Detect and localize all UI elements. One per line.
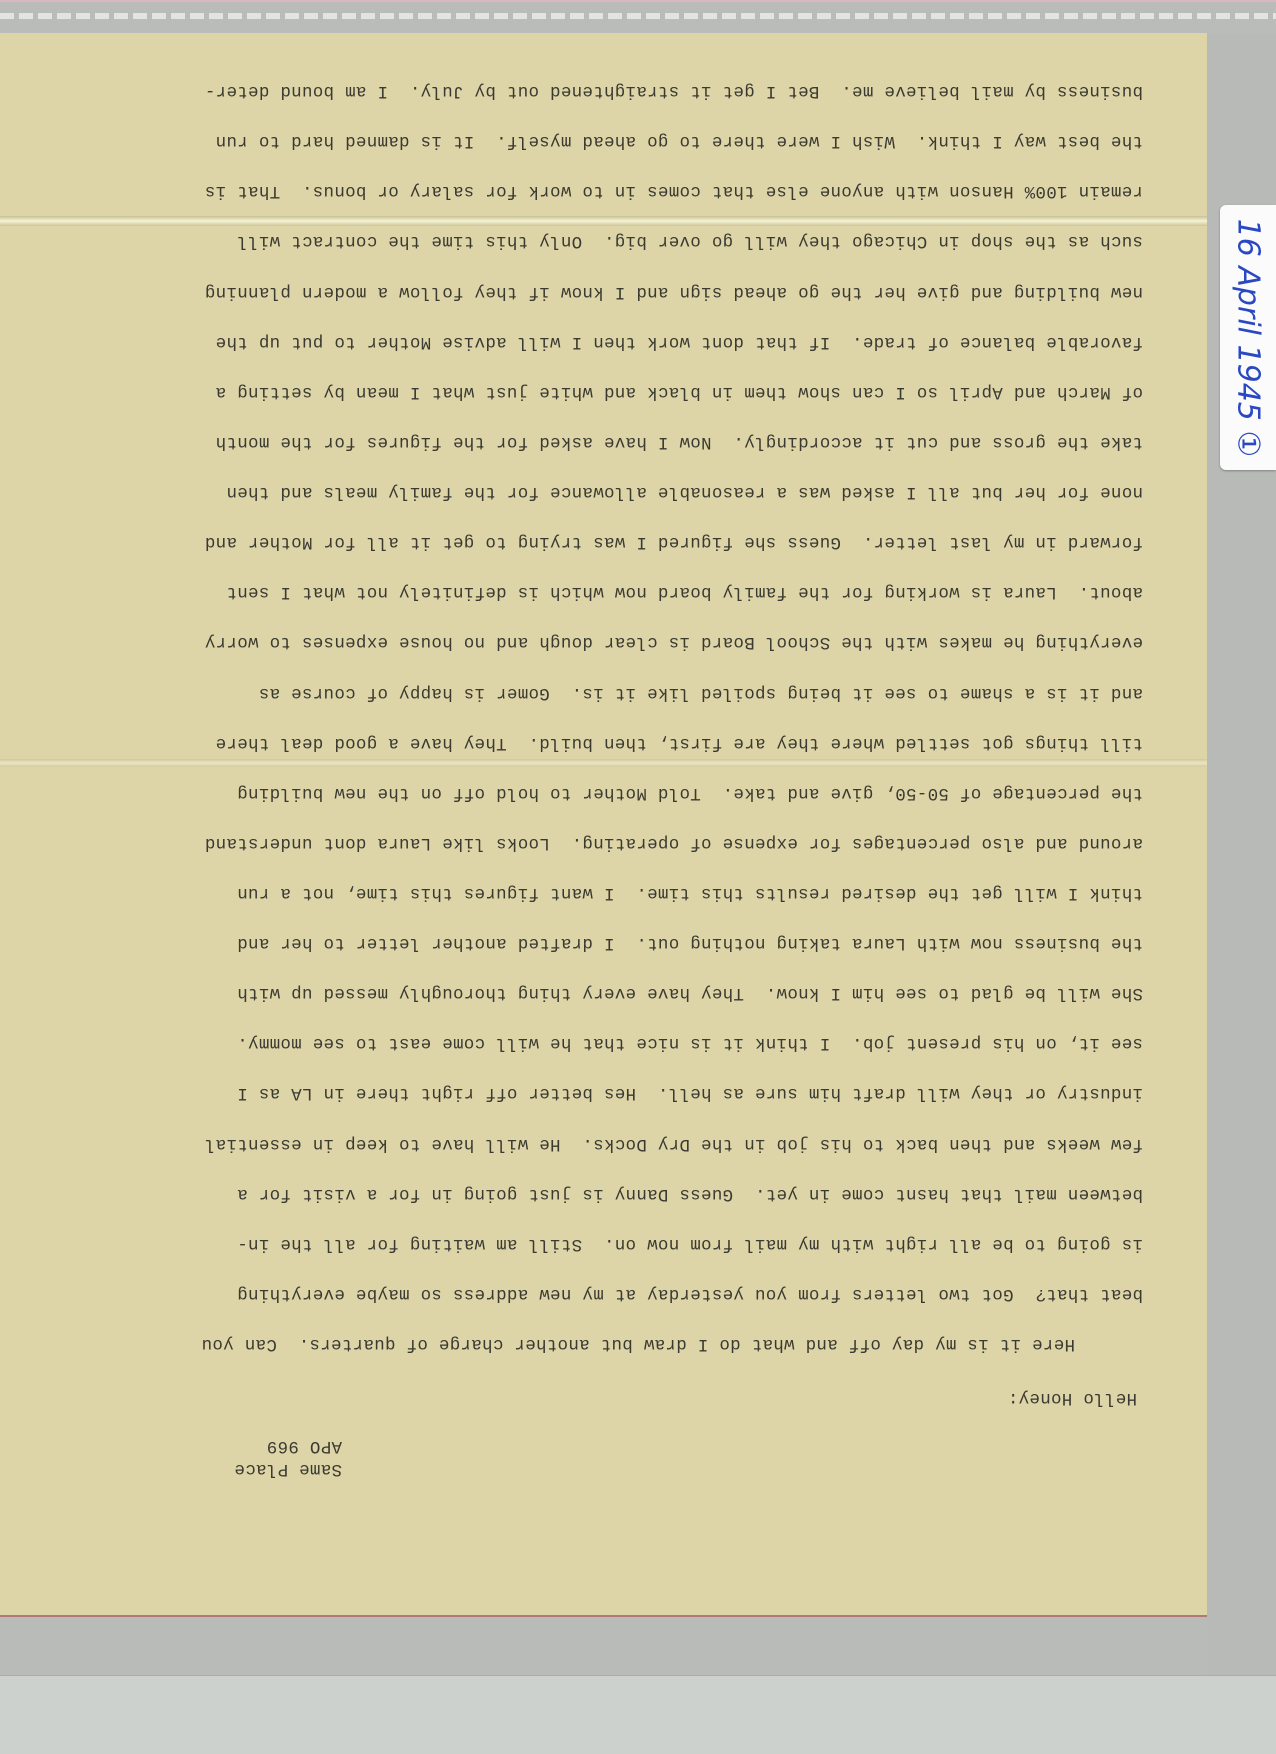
letter-line: few weeks and then back to his job in th… [205,1132,1143,1154]
letter-line: remain 100% Hanson with anyone else that… [205,179,1143,201]
letter-line: about. Laura is working for the family b… [226,580,1143,602]
return-address-line: APO 969 [266,1434,342,1456]
letter-line: around and also percentages for expense … [205,831,1143,853]
sleeve-bottom-band [0,1615,1207,1677]
letter-line: business by mail believe me. Bet I get i… [205,79,1143,101]
letter-line: between mail that hasnt come in yet. Gue… [237,1182,1143,1204]
sleeve-perforation [0,13,1276,19]
sleeve-top-edge [0,0,1276,35]
letter-line: the best way I think. Wish I were there … [215,129,1143,151]
letter-line: see it, on his present job. I think it i… [237,1031,1143,1053]
return-address-line: Same Place [234,1457,342,1479]
letter-line: new building and give her the go ahead s… [205,280,1143,302]
letter-line: such as the shop in Chicago they will go… [237,229,1143,251]
date-label: 16 April 1945 ① [1220,205,1276,470]
fold-crease [0,216,1207,226]
letter-line: forward in my last letter. Guess she fig… [205,530,1143,552]
letter-line: She will be glad to see him I know. They… [237,981,1143,1003]
letter-line: beat that? Got two letters from you yest… [237,1282,1143,1304]
letter-line: everything he makes with the School Boar… [205,630,1143,652]
letter-line: industry or they will draft him sure as … [237,1081,1143,1103]
letter-line: the business now with Laura taking nothi… [237,931,1143,953]
letter-line: of March and April so I can show them in… [215,380,1143,402]
letter-line: favorable balance of trade. If that dont… [215,330,1143,352]
letter-line: none for her but all I asked was a reaso… [226,480,1143,502]
letter-line: think I will get the desired results thi… [237,881,1143,903]
letter-line: and it is a shame to see it being spoile… [259,681,1143,703]
letter-line: Here it is my day off and what do I draw… [201,1332,1075,1354]
letter-greeting: Hello Honey: [1008,1386,1137,1408]
letter-line: is going to be all right with my mail fr… [237,1232,1143,1254]
letter-page: Same Place APO 969 Hello Honey: Here it … [0,33,1207,1615]
sleeve-lower-area [0,1675,1276,1754]
fold-crease [0,759,1207,767]
letter-line: till things got settled where they are f… [215,731,1143,753]
letter-line: take the gross and cut it accordingly. N… [215,430,1143,452]
letter-line: the percentage of 50-50, give and take. … [237,781,1143,803]
date-label-text: 16 April 1945 ① [1231,218,1266,457]
